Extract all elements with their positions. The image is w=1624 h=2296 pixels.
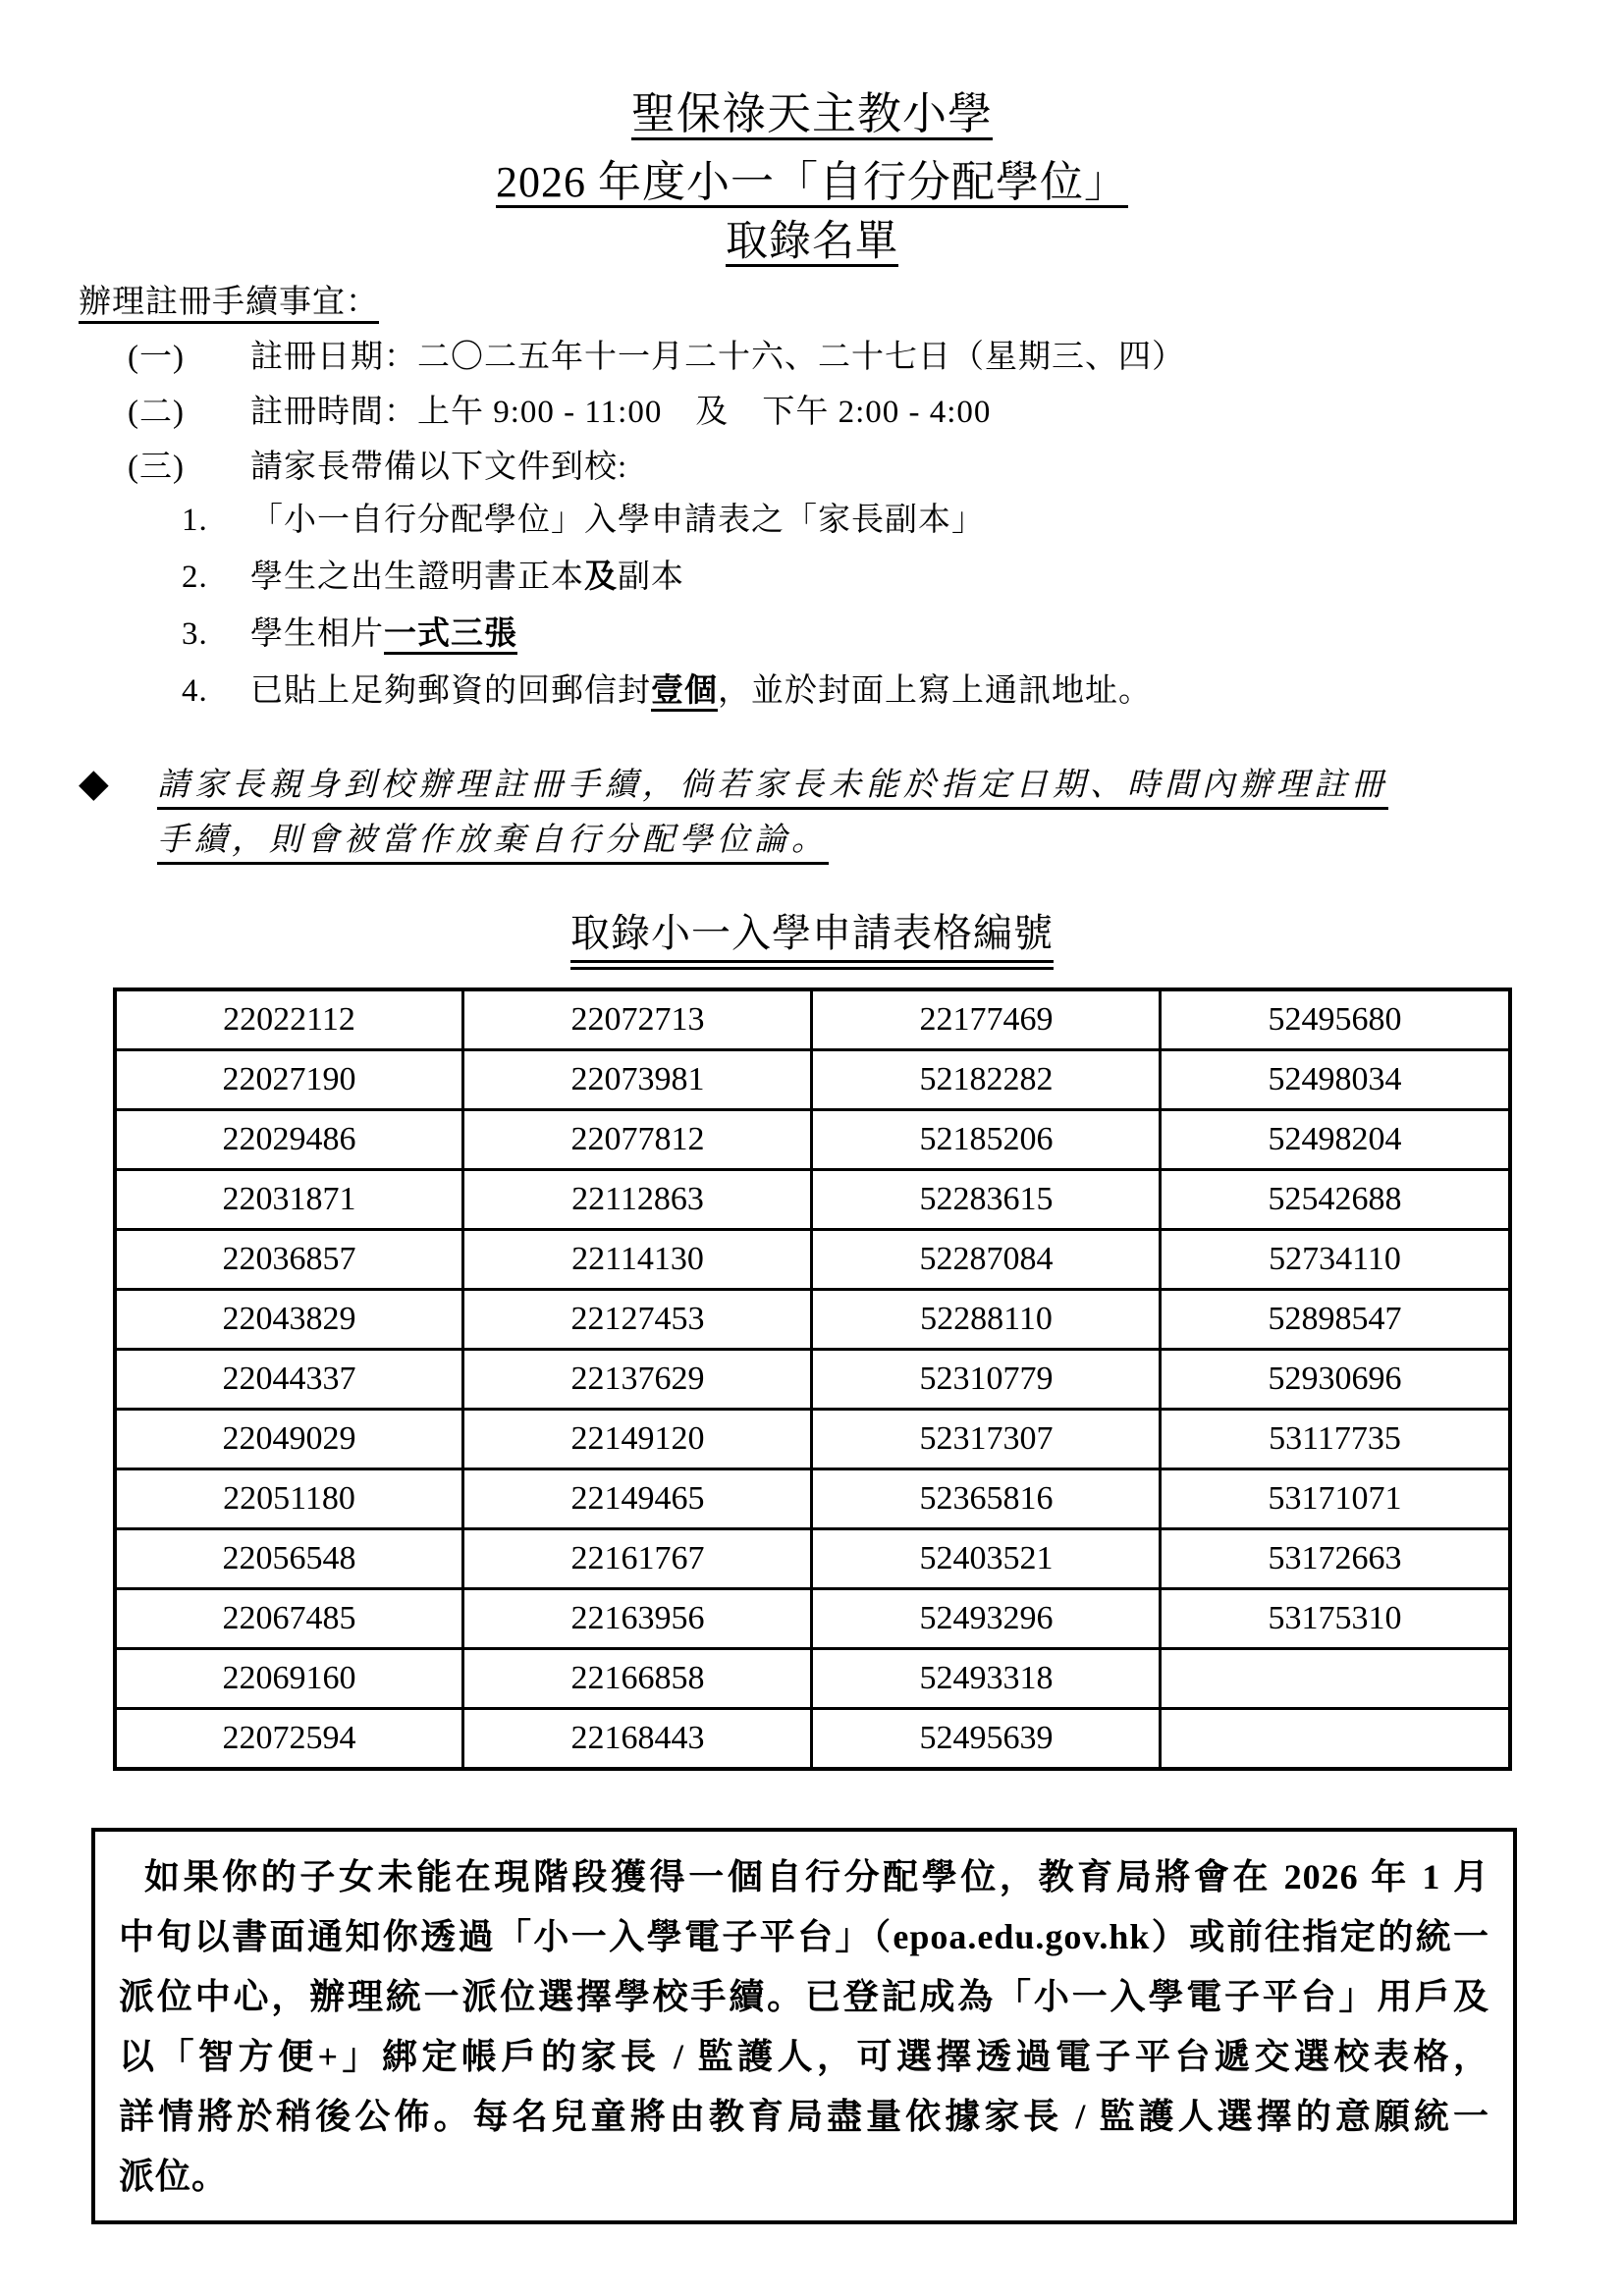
application-number-cell: 22044337 <box>115 1350 463 1410</box>
application-number-cell: 22051180 <box>115 1469 463 1529</box>
item-text: 註冊時間：上午 9:00 - 11:00 及 下午 2:00 - 4:00 <box>250 393 991 432</box>
application-number-cell: 22036857 <box>115 1230 463 1290</box>
registration-heading: 辦理註冊手續事宜： <box>79 283 1545 322</box>
diamond-bullet-icon: ◆ <box>79 758 157 868</box>
application-number-cell: 22163956 <box>463 1589 812 1649</box>
registration-item-time: (二) 註冊時間：上午 9:00 - 11:00 及 下午 2:00 - 4:0… <box>79 393 1545 432</box>
item-number: 1. <box>182 501 250 540</box>
application-number-cell: 22072713 <box>463 989 812 1050</box>
application-number-cell: 52403521 <box>812 1529 1161 1589</box>
item-label: (一) <box>128 338 250 377</box>
document-item-3: 3. 學生相片一式三張 <box>79 614 1545 654</box>
application-number-cell: 22069160 <box>115 1649 463 1709</box>
note-line: 請家長親身到校辦理註冊手續，倘若家長未能於指定日期、時間內辦理註冊 <box>157 758 1388 813</box>
item-text: 請家長帶備以下文件到校: <box>250 448 627 487</box>
application-number-cell: 52498204 <box>1161 1110 1510 1170</box>
table-row: 22049029221491205231730753117735 <box>115 1410 1510 1469</box>
application-number-cell: 52495680 <box>1161 989 1510 1050</box>
application-number-cell: 22027190 <box>115 1050 463 1110</box>
application-number-cell: 22072594 <box>115 1709 463 1770</box>
application-number-cell: 22149465 <box>463 1469 812 1529</box>
application-number-cell: 22056548 <box>115 1529 463 1589</box>
application-number-cell: 52288110 <box>812 1290 1161 1350</box>
info-line: 以「智方便+」綁定帳戶的家長 / 監護人，可選擇透過電子平台遞交選校表格， <box>119 2027 1489 2087</box>
attendance-note: ◆ 請家長親身到校辦理註冊手續，倘若家長未能於指定日期、時間內辦理註冊 手續，則… <box>79 758 1545 868</box>
item-number: 2. <box>182 558 250 597</box>
application-number-cell: 52898547 <box>1161 1290 1510 1350</box>
info-line: 派位中心，辦理統一派位選擇學校手續。已登記成為「小一入學電子平台」用戶及 <box>119 1967 1489 2027</box>
item-number: 3. <box>182 614 250 654</box>
table-row: 22031871221128635228361552542688 <box>115 1170 1510 1230</box>
item-text: 學生之出生證明書正本及副本 <box>250 558 684 597</box>
application-number-cell: 52930696 <box>1161 1350 1510 1410</box>
info-line: 詳情將於稍後公佈。每名兒童將由教育局盡量依據家長 / 監護人選擇的意願統一 <box>119 2087 1489 2147</box>
application-number-cell: 52287084 <box>812 1230 1161 1290</box>
table-row: 22043829221274535228811052898547 <box>115 1290 1510 1350</box>
list-title: 取錄名單 <box>79 218 1545 267</box>
application-number-cell: 22177469 <box>812 989 1161 1050</box>
application-number-cell: 53175310 <box>1161 1589 1510 1649</box>
info-line: 派位。 <box>119 2147 1489 2207</box>
application-number-cell <box>1161 1649 1510 1709</box>
application-number-cell: 52310779 <box>812 1350 1161 1410</box>
application-number-cell: 22161767 <box>463 1529 812 1589</box>
registration-item-date: (一) 註冊日期：二〇二五年十一月二十六、二十七日（星期三、四） <box>79 338 1545 377</box>
application-number-cell: 52365816 <box>812 1469 1161 1529</box>
application-number-cell: 53171071 <box>1161 1469 1510 1529</box>
application-number-cell: 22114130 <box>463 1230 812 1290</box>
document-item-2: 2. 學生之出生證明書正本及副本 <box>79 558 1545 597</box>
school-title: 聖保祿天主教小學 <box>79 88 1545 139</box>
application-number-cell: 52495639 <box>812 1709 1161 1770</box>
application-number-cell: 52283615 <box>812 1170 1161 1230</box>
table-row: 22022112220727132217746952495680 <box>115 989 1510 1050</box>
table-row: 22036857221141305228708452734110 <box>115 1230 1510 1290</box>
document-item-1: 1. 「小一自行分配學位」入學申請表之「家長副本」 <box>79 501 1545 540</box>
admission-numbers-table: 2202211222072713221774695249568022027190… <box>113 988 1512 1771</box>
application-number-cell: 52734110 <box>1161 1230 1510 1290</box>
document-item-4: 4. 已貼上足夠郵資的回郵信封壹個，並於封面上寫上通訊地址。 <box>79 671 1545 711</box>
note-line: 手續，則會被當作放棄自行分配學位論。 <box>157 813 1388 868</box>
application-number-cell: 22137629 <box>463 1350 812 1410</box>
table-row: 220725942216844352495639 <box>115 1709 1510 1770</box>
table-row: 22056548221617675240352153172663 <box>115 1529 1510 1589</box>
table-row: 220691602216685852493318 <box>115 1649 1510 1709</box>
note-text: 請家長親身到校辦理註冊手續，倘若家長未能於指定日期、時間內辦理註冊 手續，則會被… <box>157 758 1388 868</box>
application-number-cell: 22166858 <box>463 1649 812 1709</box>
table-title: 取錄小一入學申請表格編號 <box>79 911 1545 956</box>
item-text: 已貼上足夠郵資的回郵信封壹個，並於封面上寫上通訊地址。 <box>250 671 1152 711</box>
application-number-cell: 52185206 <box>812 1110 1161 1170</box>
admission-table-body: 2202211222072713221774695249568022027190… <box>115 989 1510 1769</box>
info-line: 中旬以書面通知你透過「小一入學電子平台」（epoa.edu.gov.hk）或前往… <box>119 1907 1489 1967</box>
application-number-cell: 22112863 <box>463 1170 812 1230</box>
registration-item-documents: (三) 請家長帶備以下文件到校: <box>79 448 1545 487</box>
application-number-cell: 52498034 <box>1161 1050 1510 1110</box>
item-text: 註冊日期：二〇二五年十一月二十六、二十七日（星期三、四） <box>250 338 1185 377</box>
table-row: 22027190220739815218228252498034 <box>115 1050 1510 1110</box>
table-row: 22044337221376295231077952930696 <box>115 1350 1510 1410</box>
item-label: (三) <box>128 448 250 487</box>
application-number-cell: 22043829 <box>115 1290 463 1350</box>
application-number-cell: 22168443 <box>463 1709 812 1770</box>
application-number-cell <box>1161 1709 1510 1770</box>
application-number-cell: 52317307 <box>812 1410 1161 1469</box>
application-number-cell: 53117735 <box>1161 1410 1510 1469</box>
year-title: 2026 年度小一「自行分配學位」 <box>79 157 1545 208</box>
application-number-cell: 22031871 <box>115 1170 463 1230</box>
application-number-cell: 52493318 <box>812 1649 1161 1709</box>
application-number-cell: 22127453 <box>463 1290 812 1350</box>
application-number-cell: 22067485 <box>115 1589 463 1649</box>
item-text: 「小一自行分配學位」入學申請表之「家長副本」 <box>250 501 985 540</box>
central-allocation-info-box: 如果你的子女未能在現階段獲得一個自行分配學位，教育局將會在 2026 年 1 月… <box>91 1828 1517 2224</box>
item-number: 4. <box>182 671 250 711</box>
application-number-cell: 22022112 <box>115 989 463 1050</box>
application-number-cell: 52182282 <box>812 1050 1161 1110</box>
application-number-cell: 22073981 <box>463 1050 812 1110</box>
application-number-cell: 52542688 <box>1161 1170 1510 1230</box>
table-row: 22067485221639565249329653175310 <box>115 1589 1510 1649</box>
application-number-cell: 22149120 <box>463 1410 812 1469</box>
item-text: 學生相片一式三張 <box>250 614 517 654</box>
item-label: (二) <box>128 393 250 432</box>
application-number-cell: 52493296 <box>812 1589 1161 1649</box>
info-line: 如果你的子女未能在現階段獲得一個自行分配學位，教育局將會在 2026 年 1 月 <box>119 1847 1489 1907</box>
table-row: 22029486220778125218520652498204 <box>115 1110 1510 1170</box>
application-number-cell: 22049029 <box>115 1410 463 1469</box>
application-number-cell: 22077812 <box>463 1110 812 1170</box>
document-page: 聖保祿天主教小學 2026 年度小一「自行分配學位」 取錄名單 辦理註冊手續事宜… <box>0 0 1624 2296</box>
table-row: 22051180221494655236581653171071 <box>115 1469 1510 1529</box>
application-number-cell: 22029486 <box>115 1110 463 1170</box>
application-number-cell: 53172663 <box>1161 1529 1510 1589</box>
